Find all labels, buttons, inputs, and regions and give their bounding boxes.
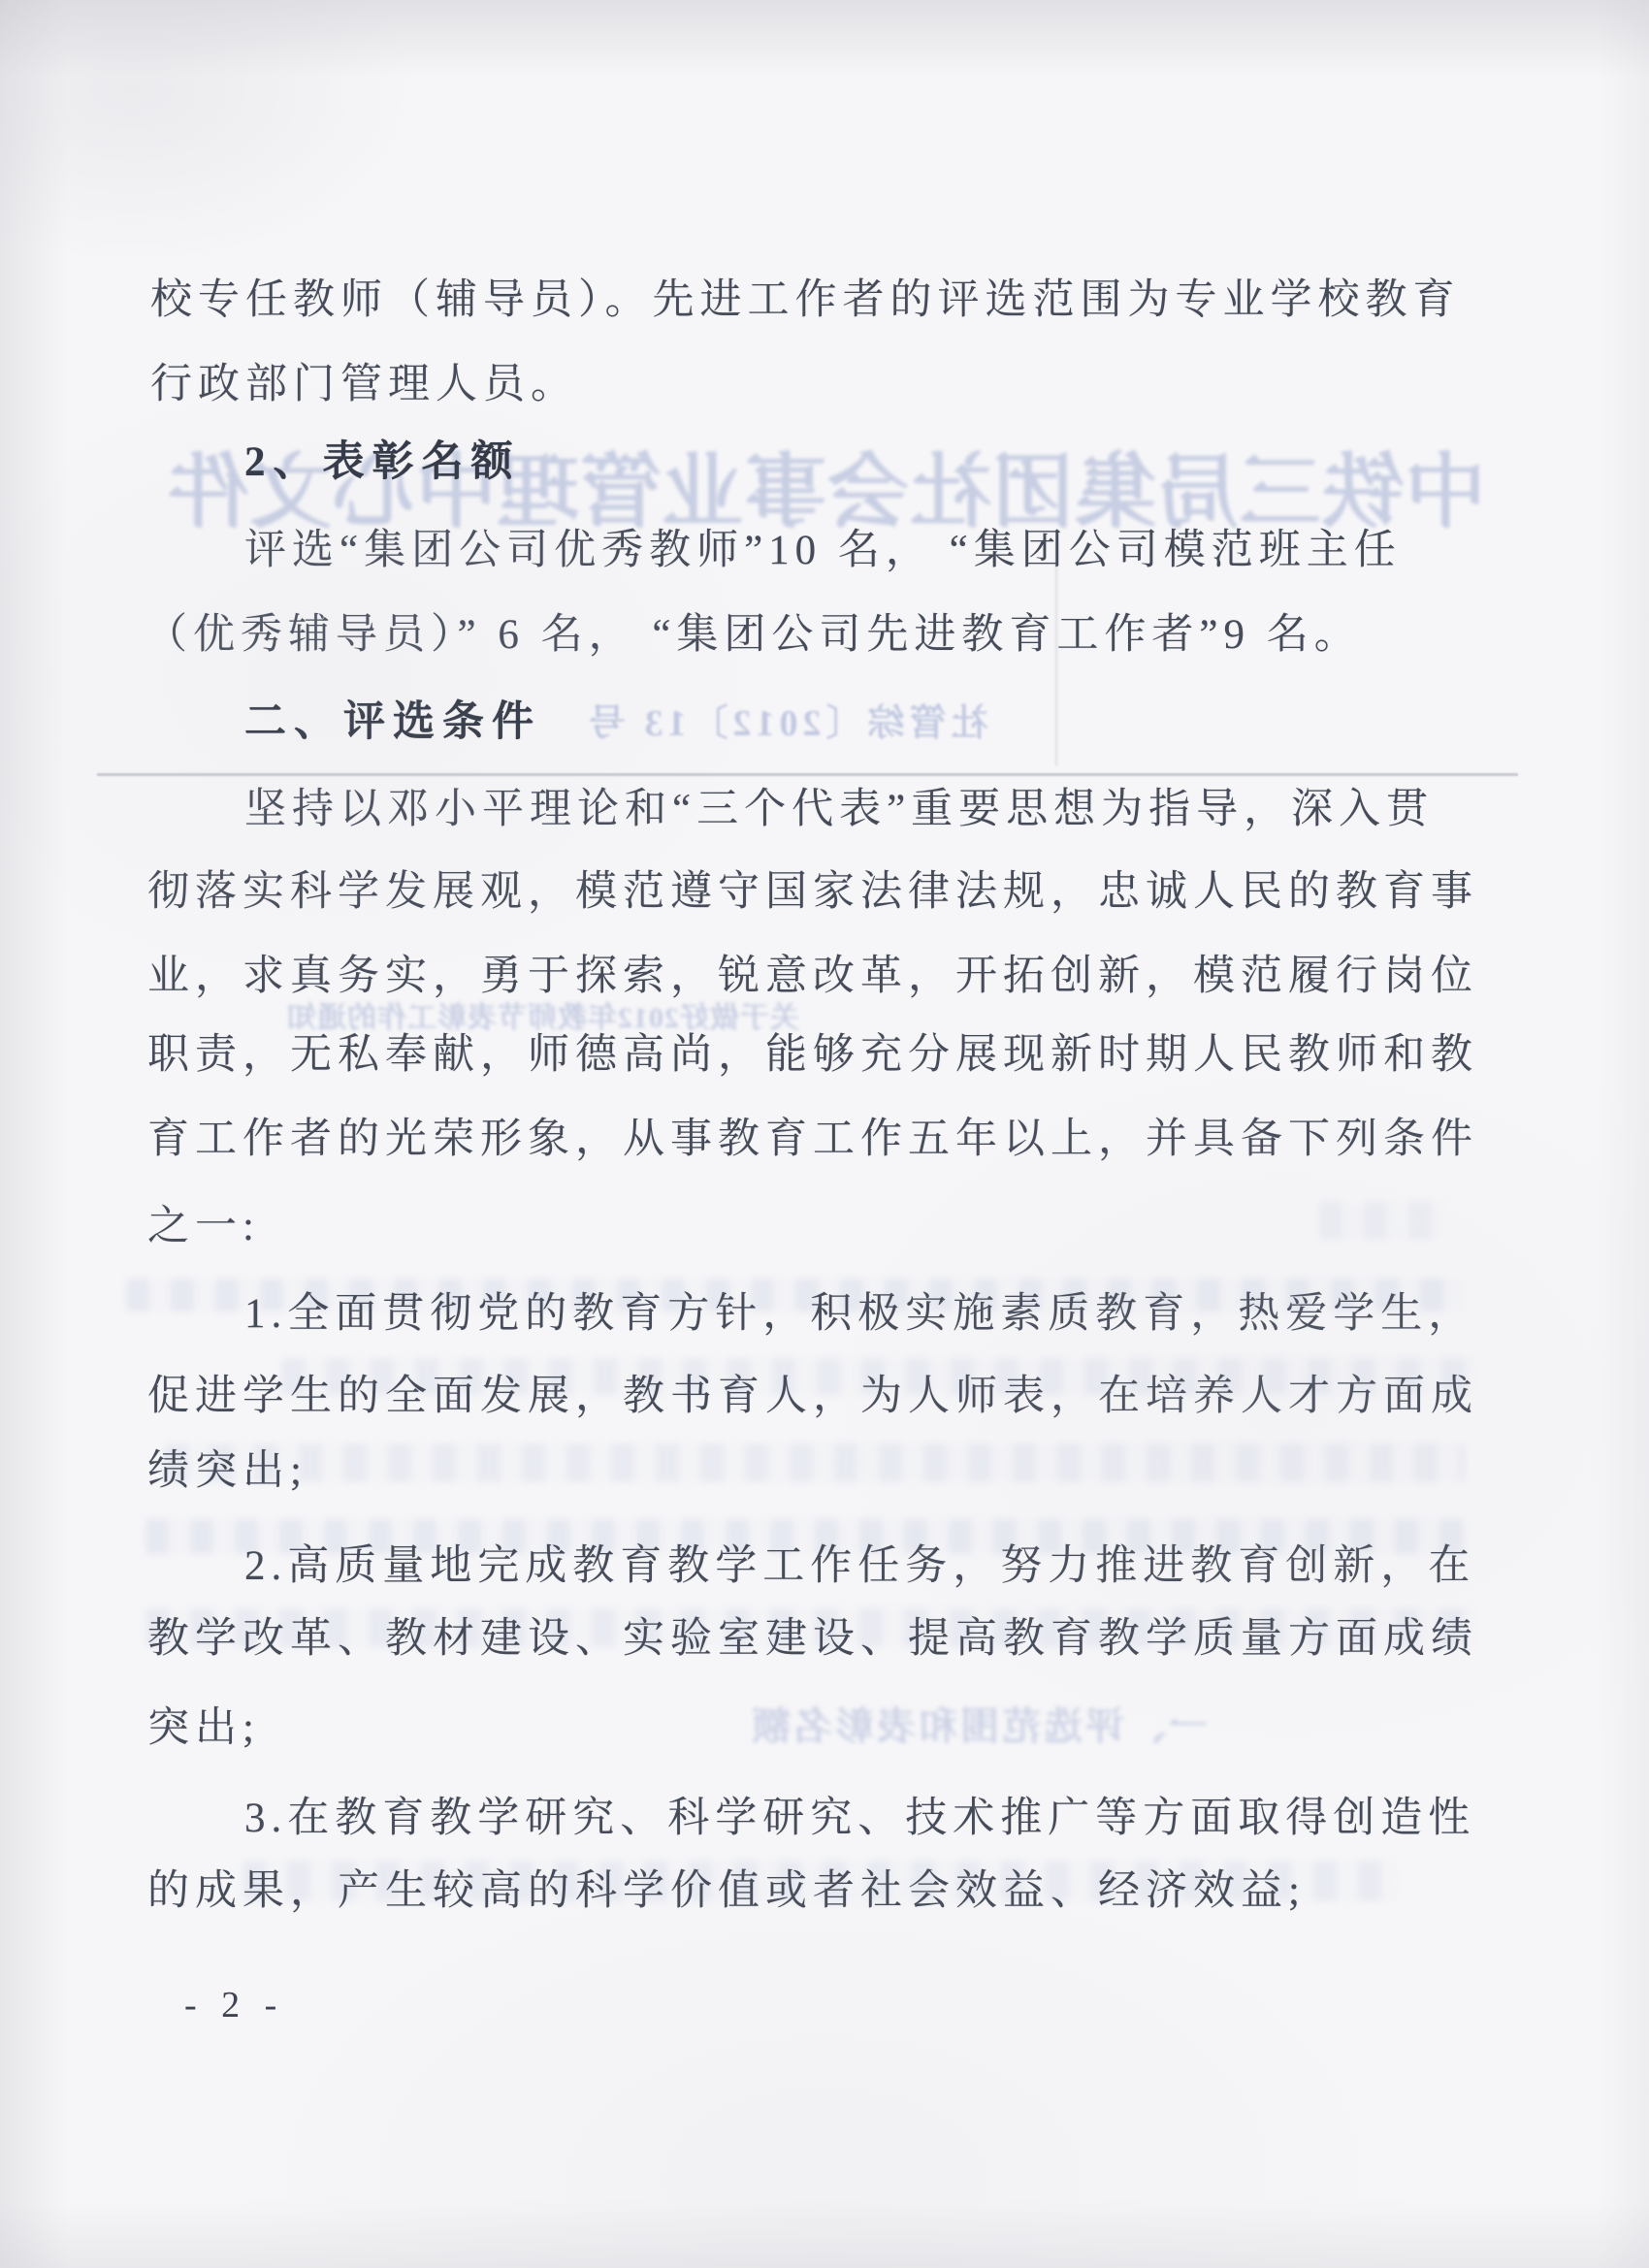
doc-line-14: 2.高质量地完成教育教学工作任务，努力推进教育创新，在 <box>244 1542 1475 1590</box>
doc-line-8: 职责，无私奉献，师德高尚，能够充分展现新时期人民教师和教 <box>147 1031 1478 1079</box>
doc-line-3: 评选“集团公司优秀教师”10 名， “集团公司模范班主任 <box>244 527 1402 574</box>
doc-line-17: 3.在教育教学研究、科学研究、技术推广等方面取得创造性 <box>244 1795 1475 1842</box>
bleedthrough-smudge <box>165 1443 1465 1482</box>
page-number: - 2 - <box>184 1984 284 2026</box>
bleedthrough-doc-number: 社管综〔2012〕13 号 <box>584 693 988 746</box>
doc-line-7: 业，求真务实，勇于探索，锐意改革，开拓创新，模范履行岗位 <box>147 953 1478 1000</box>
doc-line-13: 绩突出; <box>147 1447 307 1495</box>
bleedthrough-divider-line <box>97 773 1518 776</box>
bleedthrough-section-heading: 一、评选范围和表彰名额 <box>749 1696 1208 1751</box>
bleedthrough-smudge <box>1319 1201 1445 1240</box>
doc-line-4: （优秀辅导员）” 6 名， “集团公司先进教育工作者”9 名。 <box>145 611 1362 659</box>
doc-line-2: 行政部门管理人员。 <box>150 361 578 408</box>
doc-line-12: 促进学生的全面发展，教书育人，为人师表，在培养人才方面成 <box>147 1373 1478 1420</box>
doc-line-1: 校专任教师（辅导员）。先进工作者的评选范围为专业学校教育 <box>150 276 1461 324</box>
doc-line-18: 的成果，产生较高的科学价值或者社会效益、经济效益; <box>147 1867 1306 1915</box>
doc-line-9: 育工作者的光荣形象，从事教育工作五年以上，并具备下列条件 <box>147 1116 1478 1163</box>
heading-commendation-quota: 2、表彰名额 <box>244 438 521 486</box>
doc-line-5: 坚持以邓小平理论和“三个代表”重要思想为指导，深入贯 <box>244 786 1434 833</box>
scanned-document-page: 中铁三局集团社会事业管理中心文件 社管综〔2012〕13 号 关于做好2012年… <box>0 0 1649 2268</box>
heading-selection-criteria: 二、评选条件 <box>244 698 541 746</box>
doc-line-6: 彻落实科学发展观，模范遵守国家法律法规，忠诚人民的教育事 <box>147 868 1478 916</box>
doc-line-15: 教学改革、教材建设、实验室建设、提高教育教学质量方面成绩 <box>147 1615 1478 1663</box>
doc-line-16: 突出; <box>147 1704 260 1752</box>
doc-line-10: 之一: <box>147 1203 260 1250</box>
doc-line-11: 1.全面贯彻党的教育方针，积极实施素质教育，热爱学生， <box>244 1290 1475 1338</box>
